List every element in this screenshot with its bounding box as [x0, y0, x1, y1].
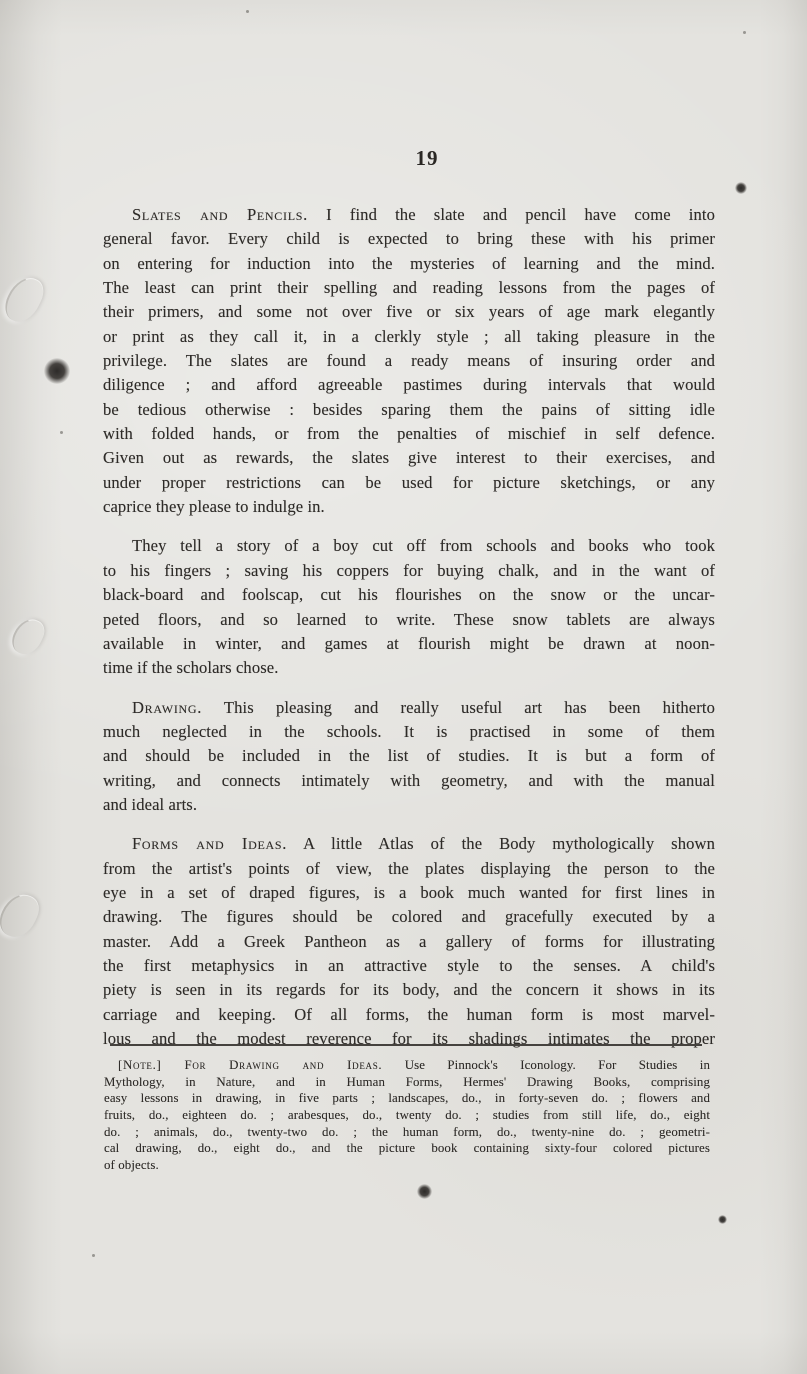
text-line: privilege. The slates are found a ready …: [103, 349, 715, 373]
paper-crease-mark: [0, 888, 44, 943]
paper-speck: [60, 431, 63, 434]
text-line: cal drawing, do., eight do., and the pic…: [104, 1140, 710, 1157]
text-line: the first metaphysics in an attractive s…: [103, 954, 715, 978]
ink-spot: [718, 1215, 727, 1224]
paragraph-heading: Drawing.: [132, 698, 202, 717]
text-line: with folded hands, or from the penalties…: [103, 422, 715, 446]
paragraph: Drawing. This pleasing and really useful…: [103, 696, 715, 818]
footnote-rule: [110, 1044, 702, 1046]
text-line: time if the scholars chose.: [103, 656, 715, 680]
text-line: and ideal arts.: [103, 793, 715, 817]
paragraph-heading: Slates and Pencils.: [132, 205, 308, 224]
ink-spot: [417, 1184, 432, 1199]
book-page-scan: 19 Slates and Pencils. I find the slate …: [0, 0, 807, 1374]
ink-spot: [735, 182, 747, 194]
text-line: do. ; animals, do., twenty-two do. ; the…: [104, 1124, 710, 1141]
paragraph: Slates and Pencils. I find the slate and…: [103, 203, 715, 519]
text-line: caprice they please to indulge in.: [103, 495, 715, 519]
text-line: to his fingers ; saving his coppers for …: [103, 559, 715, 583]
text-line: general favor. Every child is expected t…: [103, 227, 715, 251]
text-line: their primers, and some not over five or…: [103, 300, 715, 324]
page-number: 19: [121, 146, 733, 171]
footnote: [Note.] For Drawing and Ideas. Use Pinno…: [104, 1057, 710, 1173]
text-line: Slates and Pencils. I find the slate and…: [103, 203, 715, 227]
paper-crease-mark: [0, 271, 48, 327]
text-line: writing, and connects intimately with ge…: [103, 769, 715, 793]
text-line: under proper restrictions can be used fo…: [103, 471, 715, 495]
text-line: from the artist's points of view, the pl…: [103, 857, 715, 881]
text-line: easy lessons in drawing, in five parts ;…: [104, 1090, 710, 1107]
text-line: The least can print their spelling and r…: [103, 276, 715, 300]
text-line: available in winter, and games at flouri…: [103, 632, 715, 656]
paper-speck: [92, 1254, 95, 1257]
text-line: much neglected in the schools. It is pra…: [103, 720, 715, 744]
paragraph-indent: [103, 550, 132, 551]
text-line: of objects.: [104, 1157, 710, 1174]
text-line: Forms and Ideas. A little Atlas of the B…: [103, 832, 715, 856]
text-line: Drawing. This pleasing and really useful…: [103, 696, 715, 720]
paper-speck: [743, 31, 746, 34]
paragraph-heading: Forms and Ideas.: [132, 834, 287, 853]
paper-speck: [246, 10, 249, 13]
text-line: eye in a set of draped figures, is a boo…: [103, 881, 715, 905]
text-line: They tell a story of a boy cut off from …: [103, 534, 715, 558]
text-line: drawing. The figures should be colored a…: [103, 905, 715, 929]
text-line: carriage and keeping. Of all forms, the …: [103, 1003, 715, 1027]
text-line: master. Add a Greek Pantheon as a galler…: [103, 930, 715, 954]
text-line: Mythology, in Nature, and in Human Forms…: [104, 1074, 710, 1091]
text-line: [Note.] For Drawing and Ideas. Use Pinno…: [104, 1057, 710, 1074]
text-line: Given out as rewards, the slates give in…: [103, 446, 715, 470]
paragraph-indent: [104, 1068, 118, 1069]
text-line: lous and the modest reverence for its sh…: [103, 1027, 715, 1051]
text-line: peted floors, and so learned to write. T…: [103, 608, 715, 632]
body-text: Slates and Pencils. I find the slate and…: [103, 203, 715, 1051]
paragraph: They tell a story of a boy cut off from …: [103, 534, 715, 680]
text-line: diligence ; and afford agreeable pastime…: [103, 373, 715, 397]
text-line: or print as they call it, in a clerkly s…: [103, 325, 715, 349]
paragraph-indent: [103, 219, 132, 220]
text-line: on entering for induction into the myste…: [103, 252, 715, 276]
paper-crease-mark: [7, 614, 48, 659]
paragraph: Forms and Ideas. A little Atlas of the B…: [103, 832, 715, 1051]
paragraph: [Note.] For Drawing and Ideas. Use Pinno…: [104, 1057, 710, 1173]
text-line: be tedious otherwise : besides sparing t…: [103, 398, 715, 422]
text-line: piety is seen in its regards for its bod…: [103, 978, 715, 1002]
text-line: fruits, do., eighteen do. ; arabesques, …: [104, 1107, 710, 1124]
paragraph-indent: [103, 712, 132, 713]
ink-spot: [44, 358, 70, 384]
paragraph-indent: [103, 848, 132, 849]
text-line: and should be included in the list of st…: [103, 744, 715, 768]
paragraph-heading: [Note.] For Drawing and Ideas.: [118, 1058, 382, 1072]
text-line: black-board and foolscap, cut his flouri…: [103, 583, 715, 607]
